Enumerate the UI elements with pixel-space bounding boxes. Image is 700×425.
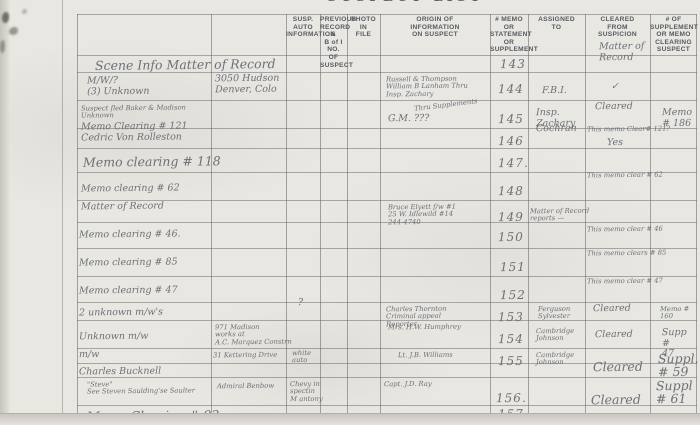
grid-hline <box>77 222 697 223</box>
column-header-assigned: ASSIGNED TO <box>528 16 585 31</box>
cell-origin-row15: Capt. J.D. Ray <box>384 381 432 389</box>
cell-assigned-row7: Matter of Record reports — <box>530 208 589 223</box>
grid-hline <box>77 200 697 201</box>
scan-blot <box>22 9 27 14</box>
cell-suspect-row13: m/w <box>79 350 99 361</box>
cell-memo-row12: 154 <box>498 334 524 345</box>
cell-suspect-row10: Memo clearing # 47 <box>79 285 178 297</box>
cell-memo-row7: 149 <box>498 212 524 223</box>
cell-assigned-row11: Ferguson Sylvester <box>538 306 570 321</box>
cell-origin-row12: Mrs. H.W. Humphrey <box>388 324 461 332</box>
scanned-document-page: SUSPECT LIST SUSPECT–SEX-RACE-AGEADDRESS… <box>0 0 700 425</box>
cell-cleared-row11: Cleared <box>593 304 631 315</box>
cell-origin-row3: G.M. ??? <box>388 114 429 125</box>
cell-address-row12: 971 Madison works at A.C. Marquez Constr… <box>215 324 292 347</box>
cell-memo-row4: 146 <box>498 136 524 147</box>
cell-auto-row15: Chevy in spectin M antony <box>290 381 323 404</box>
cell-cleared-row2: ✓ <box>611 82 619 93</box>
cell-origin-row2: Russell & Thompson William B Lanham Thru… <box>386 76 468 99</box>
cell-address-row15: Admiral Benbow <box>217 383 274 391</box>
paper-fold-line <box>62 0 63 413</box>
cell-assigned-row12: Cambridge Johnson <box>536 328 574 343</box>
column-header-record: PREVIOUS RECORD & B of I NO. OF SUSPECT <box>320 16 347 69</box>
column-header-memo: # MEMO OR STATEMENT OR SUPPLEMENT <box>490 16 528 54</box>
cell-cleared-row12: Cleared <box>595 330 633 341</box>
cell-cleared-row13: Cleared <box>593 360 643 374</box>
scan-blot <box>9 27 18 35</box>
cell-address-row2: 3050 Hudson Denver, Colo <box>215 74 280 96</box>
cell-assigned-row4: Cochran <box>536 124 577 135</box>
cell-num-row13: Suppl. # 59 <box>658 352 699 378</box>
cell-memo-row11: 153 <box>498 312 524 323</box>
cell-cleared-row15: Cleared <box>591 393 641 407</box>
cell-suspect-row14: Charles Bucknell <box>79 367 161 378</box>
suspect-list-table: SUSPECT–SEX-RACE-AGEADDRESSSUSP. AUTO IN… <box>77 14 697 425</box>
cell-cleared-row1: Matter of Record <box>599 42 645 63</box>
cell-address-row13: 31 Kettering Drive <box>213 352 277 360</box>
cell-assigned-row2: F.B.I. <box>542 86 567 97</box>
column-header-photo: PHOTO IN FILE <box>347 16 380 39</box>
cell-cleared-row4: Yes <box>607 138 623 149</box>
cell-memo-row9: 151 <box>500 262 526 273</box>
cell-suspect-row12: Unknown m/w <box>79 332 148 343</box>
cell-memo-row2: 144 <box>498 84 524 95</box>
cell-num-row11: Memo # 160 <box>660 306 690 321</box>
cell-suspect-row11: 2 unknown m/w's <box>79 308 163 319</box>
cell-auto-row13: white auto <box>292 350 311 365</box>
column-header-num: # OF SUPPLEMENT OR MEMO CLEARING SUSPECT <box>650 16 697 54</box>
cell-memo-row10: 152 <box>500 290 526 301</box>
cell-memo-row5: 147. <box>498 158 529 169</box>
cell-memo-row13: 155 <box>498 356 524 367</box>
cell-cleared-row10: This memo clear # 47 <box>587 278 663 286</box>
cell-assigned-row13: Cambridge Johnson <box>536 352 574 367</box>
cell-suspect-row7: Matter of Record <box>81 202 164 213</box>
cell-suspect-row6: Memo clearing # 62 <box>81 183 180 195</box>
cell-cleared-row9: This memo clears # 85 <box>587 250 666 258</box>
cell-suspect-row5: Memo clearing # 118 <box>83 154 221 168</box>
grid-hline <box>77 14 697 15</box>
column-header-origin: ORIGIN OF INFORMATION ON SUSPECT <box>380 16 490 39</box>
cell-memo-row3: 145 <box>498 114 524 125</box>
grid-hline <box>77 348 697 349</box>
column-header-cleared: CLEARED FROM SUSPICION <box>585 16 650 39</box>
cell-suspect-row9: Memo clearing # 85 <box>79 257 178 269</box>
document-title: SUSPECT LIST <box>328 0 485 4</box>
cell-suspect-row3: Suspect fled Baker & Madison Unknown <box>81 104 186 120</box>
cell-suspect-row4: Memo Clearing # 121 Cedric Von Rolleston <box>81 121 188 143</box>
cell-memo-row15: 156. <box>496 393 527 404</box>
cell-cleared-row4: This memo Clear# 121? <box>587 126 670 134</box>
paper-bottom-edge <box>0 413 700 425</box>
cell-memo-row1: 143 <box>500 59 526 70</box>
cell-cleared-row3: Cleared <box>595 102 633 113</box>
cell-memo-row8: 150 <box>498 232 524 243</box>
grid-hline <box>77 377 697 378</box>
cell-cleared-row6: This memo clear # 62 <box>587 172 663 180</box>
cell-suspect-row8: Memo clearing # 46. <box>79 229 181 241</box>
cell-suspect-row2: M/W/? (3) Unknown <box>87 76 150 98</box>
cell-cleared-row8: This memo clear # 46 <box>587 226 663 234</box>
cell-origin-row7: Bruce Elyett f/w #1 25 W. Idlewild #14 2… <box>388 204 456 227</box>
cell-auto-row11: ? <box>298 298 303 309</box>
cell-origin-row13: Lt. J.B. Williams <box>398 352 453 360</box>
cell-suspect-row1: Scene Info Matter of Record <box>95 57 276 72</box>
cell-num-row15: Suppl # 61 <box>656 379 693 405</box>
grid-hline <box>77 148 697 149</box>
cell-memo-row6: 148 <box>498 186 524 197</box>
cell-suspect-row15: "Steve" See Steven Saulding'se Saulter <box>87 380 195 396</box>
scanner-edge-shadow <box>0 0 10 425</box>
column-header-auto: SUSP. AUTO INFORMATION <box>286 16 320 39</box>
